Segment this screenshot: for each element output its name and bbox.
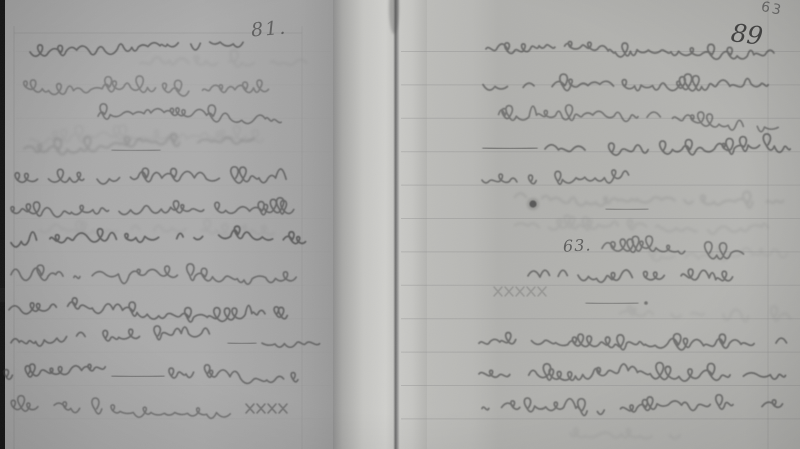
handwriting-layer bbox=[0, 0, 800, 449]
paper-grain-texture bbox=[0, 0, 800, 449]
left-page-number: 81. bbox=[250, 16, 288, 41]
section-number: 63. bbox=[563, 235, 592, 255]
manuscript-scan: 81. 89 63 63. bbox=[0, 0, 800, 449]
right-page-number: 89 bbox=[729, 18, 764, 51]
